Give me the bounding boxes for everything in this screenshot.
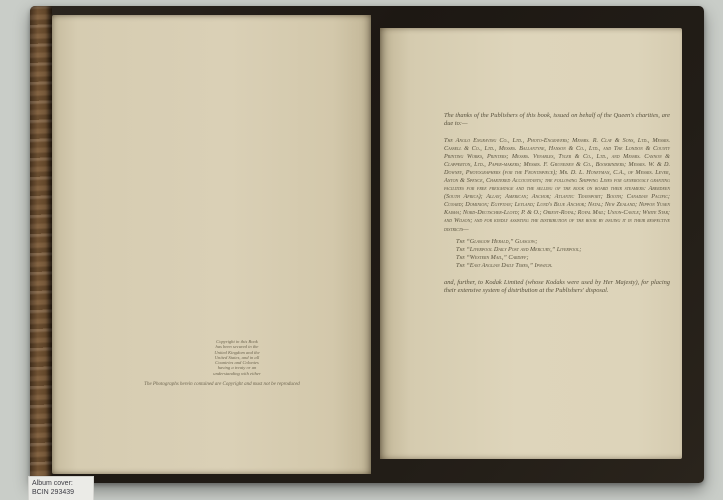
book-photograph: Copyright in this Book has been secured … — [0, 0, 723, 500]
archive-label-title: Album cover: — [32, 479, 90, 488]
book-cover: Copyright in this Book has been secured … — [30, 6, 704, 483]
newspaper-line: The “Liverpool Daily Post and Mercury,” … — [456, 246, 670, 254]
archive-label: Album cover: BCIN 293439 — [28, 476, 94, 500]
newspaper-line: The “East Anglian Daily Times,” Ipswich. — [456, 262, 670, 270]
archive-label-id: BCIN 293439 — [32, 488, 90, 497]
left-page: Copyright in this Book has been secured … — [52, 15, 371, 474]
book-spine-wood-edge — [30, 6, 52, 483]
acknowledgments-text-block: The thanks of the Publishers of this boo… — [444, 112, 670, 295]
kodak-note: and, further, to Kodak Limited (whose Ko… — [444, 279, 670, 295]
photographs-copyright-line: The Photographs herein contained are Cop… — [97, 382, 347, 387]
acknowledgments-body: The Anglo Engraving Co., Ltd., Photo-Eng… — [444, 137, 670, 234]
copyright-notice-block: Copyright in this Book has been secured … — [200, 339, 274, 376]
copyright-line: understanding with either — [200, 371, 274, 376]
acknowledgments-intro: The thanks of the Publishers of this boo… — [444, 112, 670, 128]
right-page: The thanks of the Publishers of this boo… — [380, 28, 682, 459]
newspaper-line: The “Glasgow Herald,” Glasgow; — [456, 238, 670, 246]
newspaper-line: The “Western Mail,” Cardiff; — [456, 254, 670, 262]
